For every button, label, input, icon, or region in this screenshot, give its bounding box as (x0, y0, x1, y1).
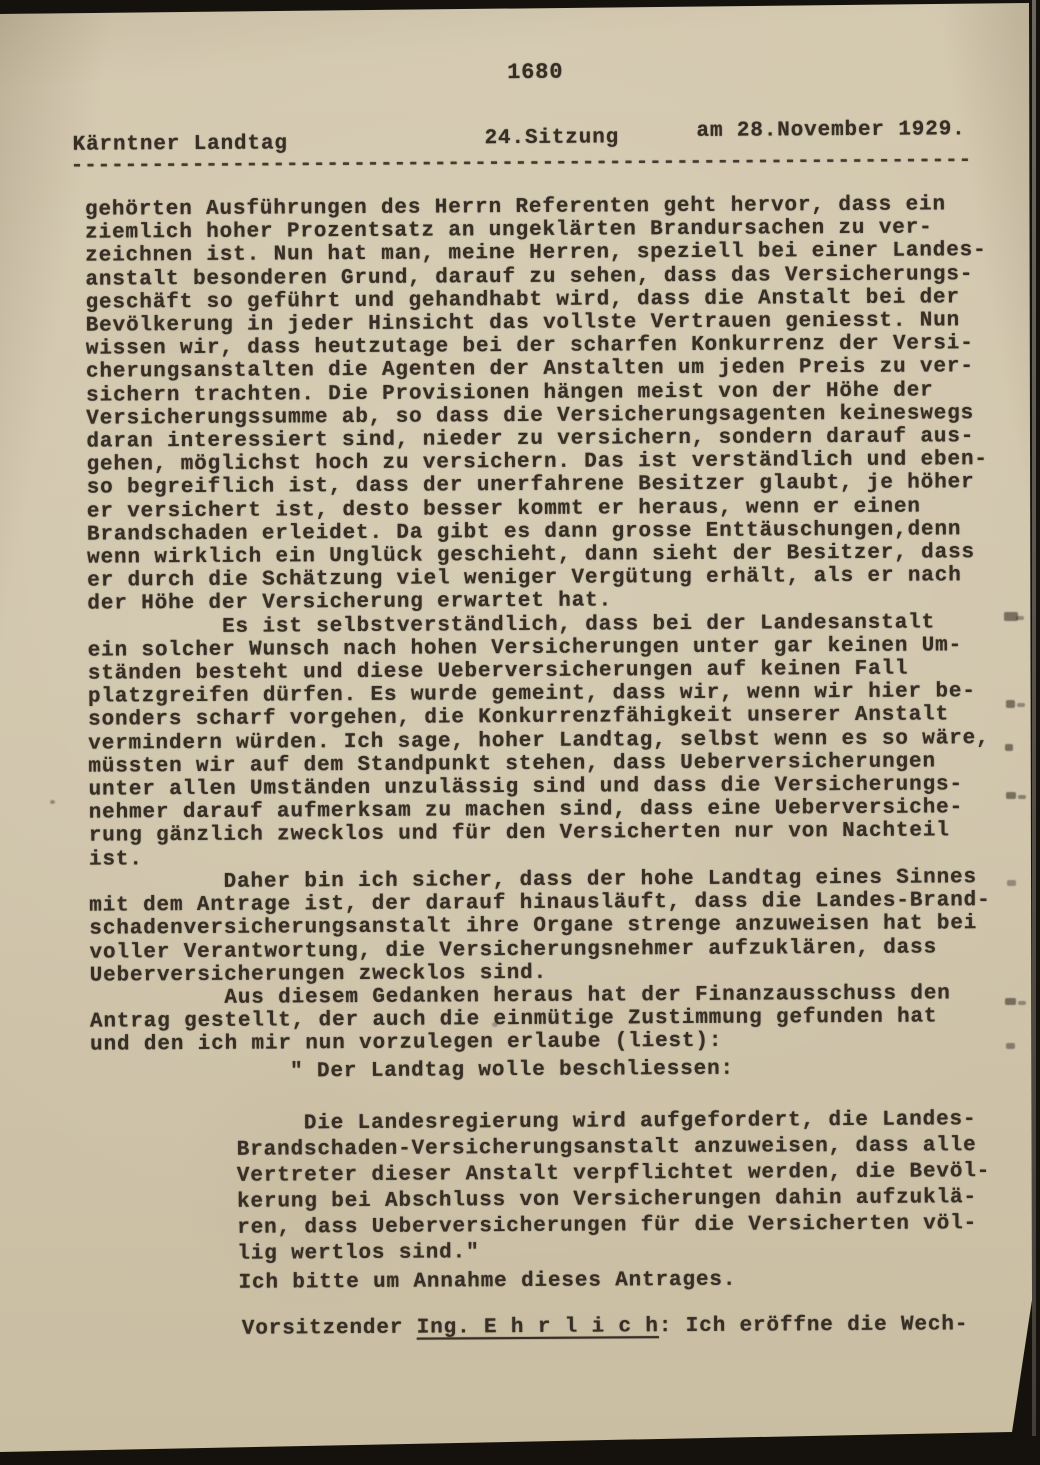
header-session-number: 24.Sitzung (485, 126, 620, 150)
ink-bleed-mark (1006, 792, 1016, 799)
ink-bleed-mark (1006, 700, 1015, 708)
ink-bleed-mark (1016, 616, 1024, 620)
resolution-quote-block: " Der Landtag wolle beschliessen: Die La… (236, 1055, 991, 1268)
paper-speck (492, 1022, 498, 1027)
ink-bleed-mark (1006, 1043, 1015, 1049)
page-number: 1680 (507, 61, 563, 85)
ink-bleed-mark (1017, 703, 1025, 707)
closing-line: Ich bitte um Annahme dieses Antrages. (238, 1269, 736, 1295)
ink-bleed-mark (1018, 795, 1026, 799)
speech-body-text: gehörten Ausführungen des Herrn Referent… (85, 193, 992, 1057)
speaker-line: Vorsitzender Ing. E h r l i c h: Ich erö… (242, 1313, 969, 1341)
ink-bleed-mark (1005, 744, 1013, 751)
header-dashed-rule: ----------------------------------------… (71, 149, 972, 178)
ink-bleed-mark (1007, 880, 1016, 886)
scan-background: { "page": { "number": "1680", "header": … (0, 0, 1040, 1465)
header-session-date: am 28.November 1929. (696, 118, 965, 143)
paper-speck (50, 800, 55, 804)
speaker-role: Vorsitzender (242, 1317, 417, 1341)
typed-page-content: 1680 Kärntner Landtag 24.Sitzung am 28.N… (0, 0, 1040, 1465)
ink-bleed-mark (1005, 998, 1016, 1005)
ink-bleed-mark (1018, 1001, 1026, 1005)
speaker-name: Ing. E h r l i c h (417, 1315, 659, 1339)
speaker-statement: : Ich eröffne die Wech- (659, 1313, 969, 1338)
